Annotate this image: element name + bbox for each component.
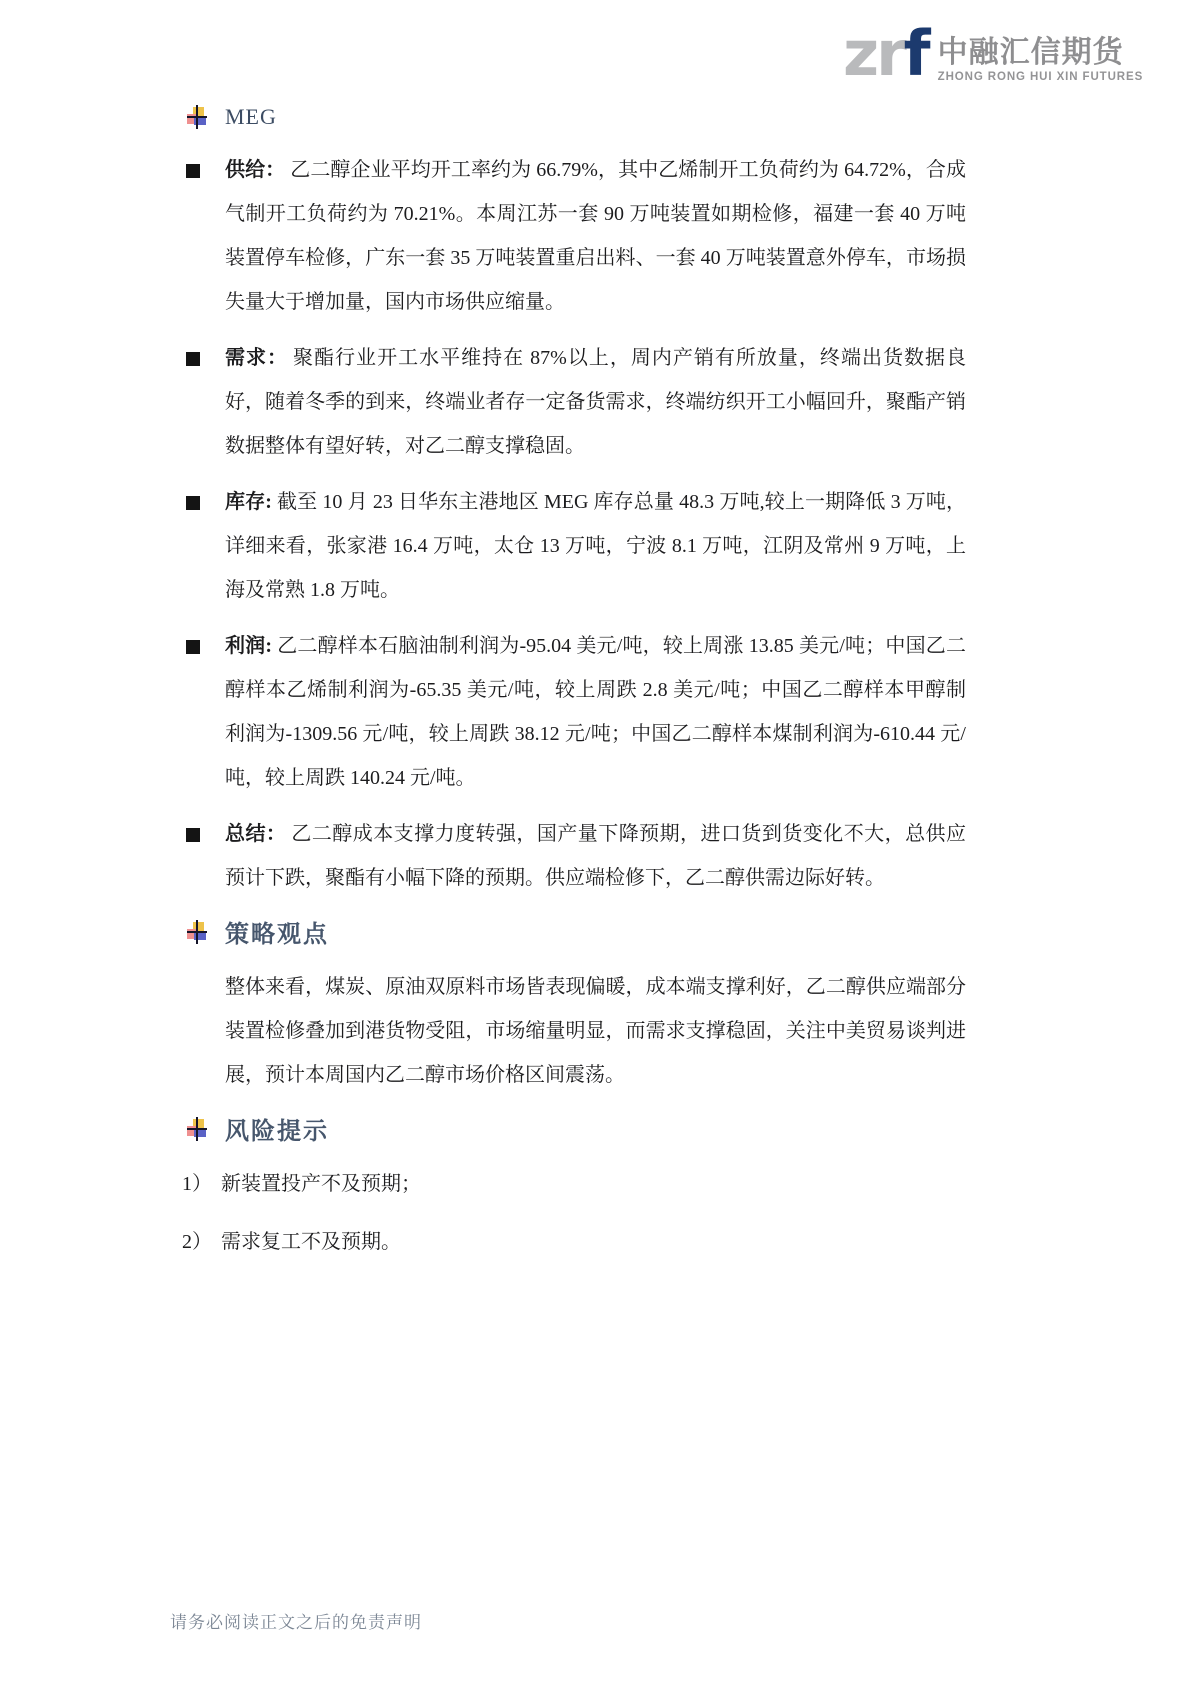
- bullet-profit: 利润:乙二醇样本石脑油制利润为-95.04 美元/吨，较上周涨 13.85 美元…: [186, 624, 966, 800]
- risk-item-number: 2）: [182, 1220, 221, 1264]
- section-heading-risks: 风险提示: [186, 1111, 966, 1146]
- risk-item-text: 新装置投产不及预期；: [221, 1162, 962, 1206]
- square-bullet-icon: [186, 336, 225, 468]
- square-bullet-icon: [186, 148, 225, 324]
- bullet-inventory-text: 库存:截至 10 月 23 日华东主港地区 MEG 库存总量 48.3 万吨,较…: [225, 480, 966, 612]
- risk-item-2: 2） 需求复工不及预期。: [186, 1220, 966, 1264]
- bullet-summary: 总结：乙二醇成本支撑力度转强，国产量下降预期，进口货到货变化不大，总供应预计下跌…: [186, 812, 966, 900]
- section-heading-strategy: 策略观点: [186, 914, 966, 949]
- disclaimer-note: 请务必阅读正文之后的免责声明: [170, 1613, 422, 1632]
- bullet-summary-label: 总结：: [225, 823, 286, 845]
- clover-bullet-icon: [186, 920, 208, 944]
- risk-item-text: 需求复工不及预期。: [221, 1220, 962, 1264]
- strategy-paragraph: 整体来看，煤炭、原油双原料市场皆表现偏暖，成本端支撑利好，乙二醇供应端部分装置检…: [225, 965, 966, 1097]
- clover-bullet-icon: [186, 105, 208, 129]
- section-title-risks: 风险提示: [225, 1111, 329, 1146]
- section-title-meg: MEG: [225, 104, 277, 130]
- bullet-summary-text: 总结：乙二醇成本支撑力度转强，国产量下降预期，进口货到货变化不大，总供应预计下跌…: [225, 812, 966, 900]
- page-footer: 请务必阅读正文之后的免责声明: [170, 1608, 422, 1633]
- bullet-demand-text: 需求：聚酯行业开工水平维持在 87%以上，周内产销有所放量，终端出货数据良好，随…: [225, 336, 966, 468]
- bullet-supply: 供给：乙二醇企业平均开工率约为 66.79%，其中乙烯制开工负荷约为 64.72…: [186, 148, 966, 324]
- risk-item-1: 1） 新装置投产不及预期；: [186, 1162, 966, 1206]
- bullet-profit-label: 利润:: [225, 635, 272, 657]
- section-heading-meg: MEG: [186, 104, 966, 130]
- bullet-inventory-label: 库存:: [225, 491, 272, 513]
- logo-zr-text: zr: [843, 17, 904, 90]
- square-bullet-icon: [186, 480, 225, 612]
- company-name-en: ZHONG RONG HUI XIN FUTURES: [938, 71, 1144, 83]
- bullet-profit-text: 利润:乙二醇样本石脑油制利润为-95.04 美元/吨，较上周涨 13.85 美元…: [225, 624, 966, 800]
- bullet-inventory: 库存:截至 10 月 23 日华东主港地区 MEG 库存总量 48.3 万吨,较…: [186, 480, 966, 612]
- bullet-supply-text: 供给：乙二醇企业平均开工率约为 66.79%，其中乙烯制开工负荷约为 64.72…: [225, 148, 966, 324]
- company-name-cn: 中融汇信期货: [938, 37, 1144, 69]
- zrf-logo-icon: zrf: [843, 24, 928, 84]
- bullet-demand-label: 需求：: [225, 347, 288, 369]
- square-bullet-icon: [186, 812, 225, 900]
- bullet-supply-label: 供给：: [225, 159, 285, 181]
- bullet-demand: 需求：聚酯行业开工水平维持在 87%以上，周内产销有所放量，终端出货数据良好，随…: [186, 336, 966, 468]
- square-bullet-icon: [186, 624, 225, 800]
- report-body: MEG 供给：乙二醇企业平均开工率约为 66.79%，其中乙烯制开工负荷约为 6…: [186, 104, 966, 1264]
- company-logo: zrf 中融汇信期货 ZHONG RONG HUI XIN FUTURES: [843, 24, 1143, 84]
- company-name-block: 中融汇信期货 ZHONG RONG HUI XIN FUTURES: [938, 37, 1144, 83]
- risk-item-number: 1）: [182, 1162, 221, 1206]
- report-page: zrf 中融汇信期货 ZHONG RONG HUI XIN FUTURES ME…: [0, 0, 1190, 1683]
- clover-bullet-icon: [186, 1117, 208, 1141]
- section-title-strategy: 策略观点: [225, 914, 329, 949]
- logo-f-text: f: [904, 17, 928, 90]
